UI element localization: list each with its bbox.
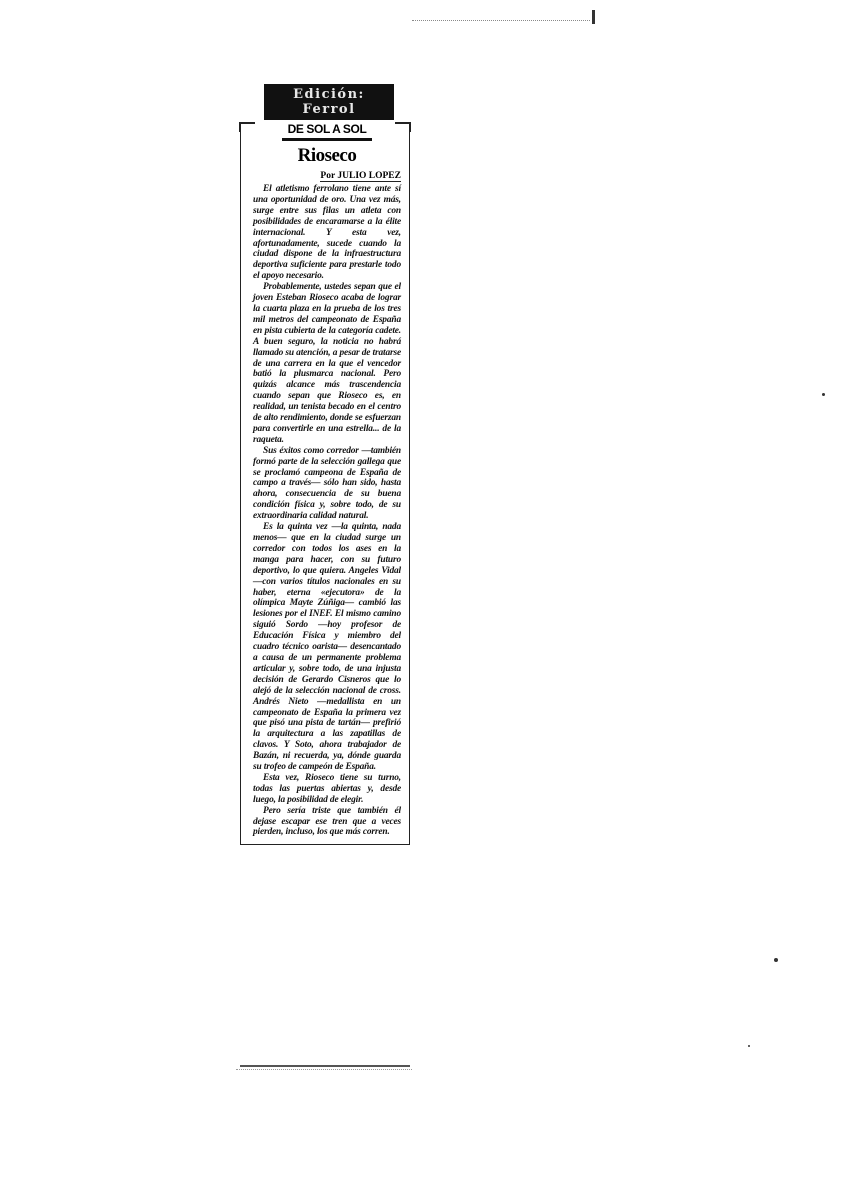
bottom-rule: [240, 1065, 410, 1067]
byline-prefix: Por: [320, 171, 335, 181]
section-rule: [282, 138, 372, 141]
scan-speck: [774, 958, 778, 962]
edition-banner: Edición: Ferrol: [264, 84, 394, 120]
paragraph: Es la quinta vez —la quinta, nada menos—…: [253, 522, 401, 773]
paragraph: El atletismo ferrolano tiene ante sí una…: [253, 184, 401, 282]
byline: Por JULIO LOPEZ: [253, 171, 401, 181]
paragraph: Probablemente, ustedes sepan que el jove…: [253, 282, 401, 446]
article-body: El atletismo ferrolano tiene ante sí una…: [253, 184, 401, 838]
byline-author: JULIO LOPEZ: [337, 171, 401, 181]
paragraph: Pero sería triste que también él dejase …: [253, 806, 401, 839]
section-title: DE SOL A SOL: [253, 122, 401, 136]
paragraph: Esta vez, Rioseco tiene su turno, todas …: [253, 773, 401, 806]
scan-artifact-line: [412, 20, 590, 21]
scan-artifact-mark: [592, 10, 595, 24]
bottom-rule-dotted: [236, 1069, 412, 1071]
column-box: DE SOL A SOL Rioseco Por JULIO LOPEZ El …: [240, 122, 410, 845]
newspaper-clipping: Edición: Ferrol DE SOL A SOL Rioseco Por…: [240, 84, 410, 845]
headline: Rioseco: [253, 145, 401, 167]
paragraph: Sus éxitos como corredor —también formó …: [253, 446, 401, 522]
scan-speck: [748, 1045, 750, 1047]
scan-speck: [822, 393, 825, 396]
